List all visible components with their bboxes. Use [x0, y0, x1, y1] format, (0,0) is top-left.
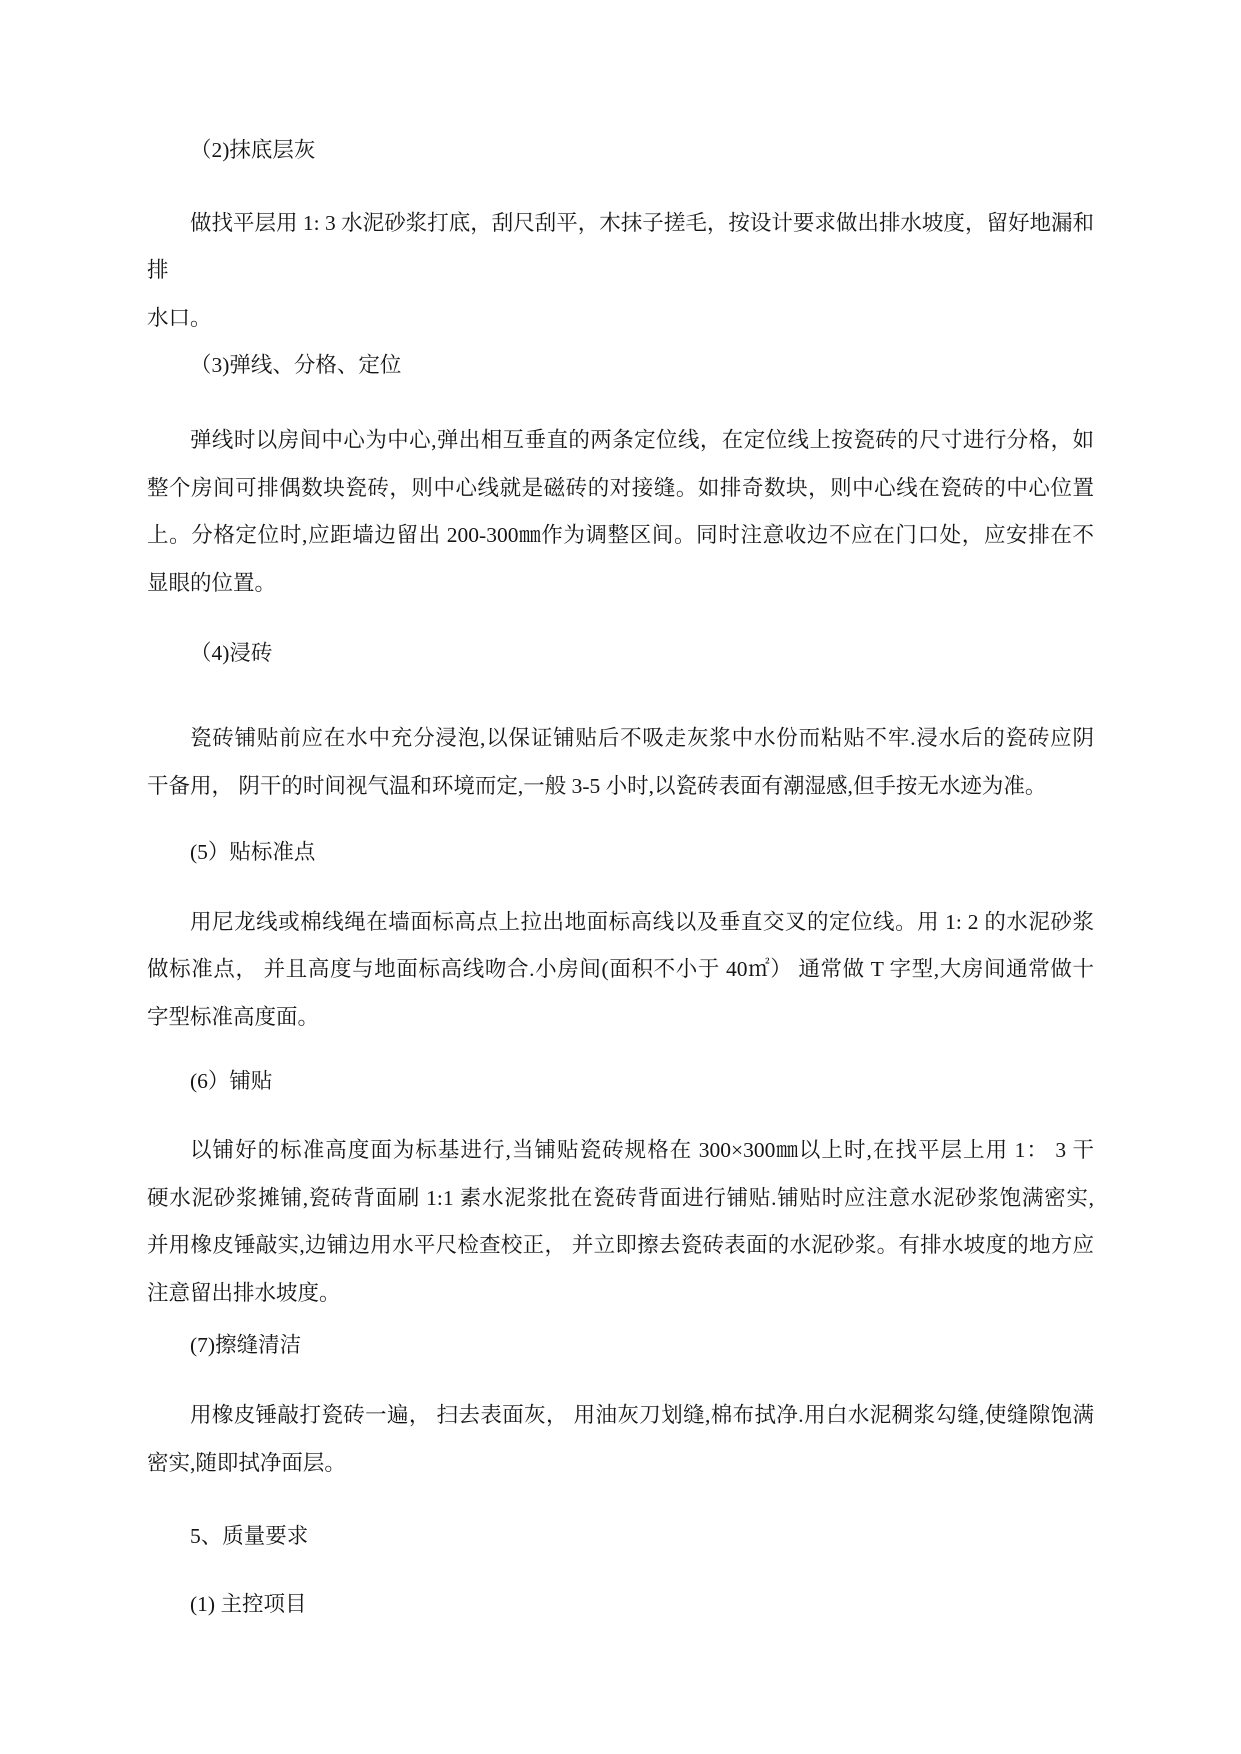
text-line: 弹线时以房间中心为中心,弹出相互垂直的两条定位线，在定位线上按瓷砖的尺寸进行分格…: [147, 417, 1094, 465]
paragraph: 用橡皮锤敲打瓷砖一遍， 扫去表面灰， 用油灰刀划缝,棉布拭净.用白水泥稠浆勾缝,…: [147, 1392, 1094, 1487]
text-line: 上。分格定位时,应距墙边留出 200-300㎜作为调整区间。同时注意收边不应在门…: [147, 512, 1094, 560]
paragraph: 弹线时以房间中心为中心,弹出相互垂直的两条定位线，在定位线上按瓷砖的尺寸进行分格…: [147, 417, 1094, 607]
text-line: 并用橡皮锤敲实,边铺边用水平尺检查校正， 并立即擦去瓷砖表面的水泥砂浆。有排水坡…: [147, 1222, 1094, 1270]
paragraph: 做找平层用 1: 3 水泥砂浆打底，刮尺刮平，木抹子搓毛，按设计要求做出排水坡度…: [147, 200, 1094, 343]
text-line: 做标准点， 并且高度与地面标高线吻合.小房间(面积不小于 40㎡） 通常做 T …: [147, 946, 1094, 994]
text-line: 瓷砖铺贴前应在水中充分浸泡,以保证铺贴后不吸走灰浆中水份而粘贴不牢.浸水后的瓷砖…: [147, 715, 1094, 763]
text-line: 以铺好的标准高度面为标基进行,当铺贴瓷砖规格在 300×300㎜以上时,在找平层…: [147, 1127, 1094, 1175]
text-line: 字型标准高度面。: [147, 994, 1094, 1042]
section-heading: 5、质量要求: [147, 1513, 1094, 1561]
text-line: 整个房间可排偶数块瓷砖，则中心线就是磁砖的对接缝。如排奇数块，则中心线在瓷砖的中…: [147, 465, 1094, 513]
section-heading: （4)浸砖: [147, 630, 1094, 678]
section-heading: (6）铺贴: [147, 1058, 1094, 1106]
section-heading: (7)擦缝清洁: [147, 1322, 1094, 1370]
section-heading: （2)抹底层灰: [147, 127, 1094, 175]
paragraph: 以铺好的标准高度面为标基进行,当铺贴瓷砖规格在 300×300㎜以上时,在找平层…: [147, 1127, 1094, 1317]
text-line: 做找平层用 1: 3 水泥砂浆打底，刮尺刮平，木抹子搓毛，按设计要求做出排水坡度…: [147, 200, 1094, 295]
text-line: 硬水泥砂浆摊铺,瓷砖背面刷 1:1 素水泥浆批在瓷砖背面进行铺贴.铺贴时应注意水…: [147, 1175, 1094, 1223]
section-heading: (1) 主控项目: [147, 1581, 1094, 1629]
paragraph: 用尼龙线或棉线绳在墙面标高点上拉出地面标高线以及垂直交叉的定位线。用 1: 2 …: [147, 899, 1094, 1042]
text-line: 注意留出排水坡度。: [147, 1270, 1094, 1318]
section-heading: (5）贴标准点: [147, 829, 1094, 877]
text-line: 用尼龙线或棉线绳在墙面标高点上拉出地面标高线以及垂直交叉的定位线。用 1: 2 …: [147, 899, 1094, 947]
text-line: 显眼的位置。: [147, 560, 1094, 608]
text-line: 干备用， 阴干的时间视气温和环境而定,一般 3-5 小时,以瓷砖表面有潮湿感,但…: [147, 763, 1094, 811]
section-heading: （3)弹线、分格、定位: [147, 342, 1094, 390]
paragraph: 瓷砖铺贴前应在水中充分浸泡,以保证铺贴后不吸走灰浆中水份而粘贴不牢.浸水后的瓷砖…: [147, 715, 1094, 810]
document-page: （2)抹底层灰 做找平层用 1: 3 水泥砂浆打底，刮尺刮平，木抹子搓毛，按设计…: [0, 0, 1241, 1754]
text-line: 水口。: [147, 295, 1094, 343]
text-line: 用橡皮锤敲打瓷砖一遍， 扫去表面灰， 用油灰刀划缝,棉布拭净.用白水泥稠浆勾缝,…: [147, 1392, 1094, 1440]
text-line: 密实,随即拭净面层。: [147, 1440, 1094, 1488]
